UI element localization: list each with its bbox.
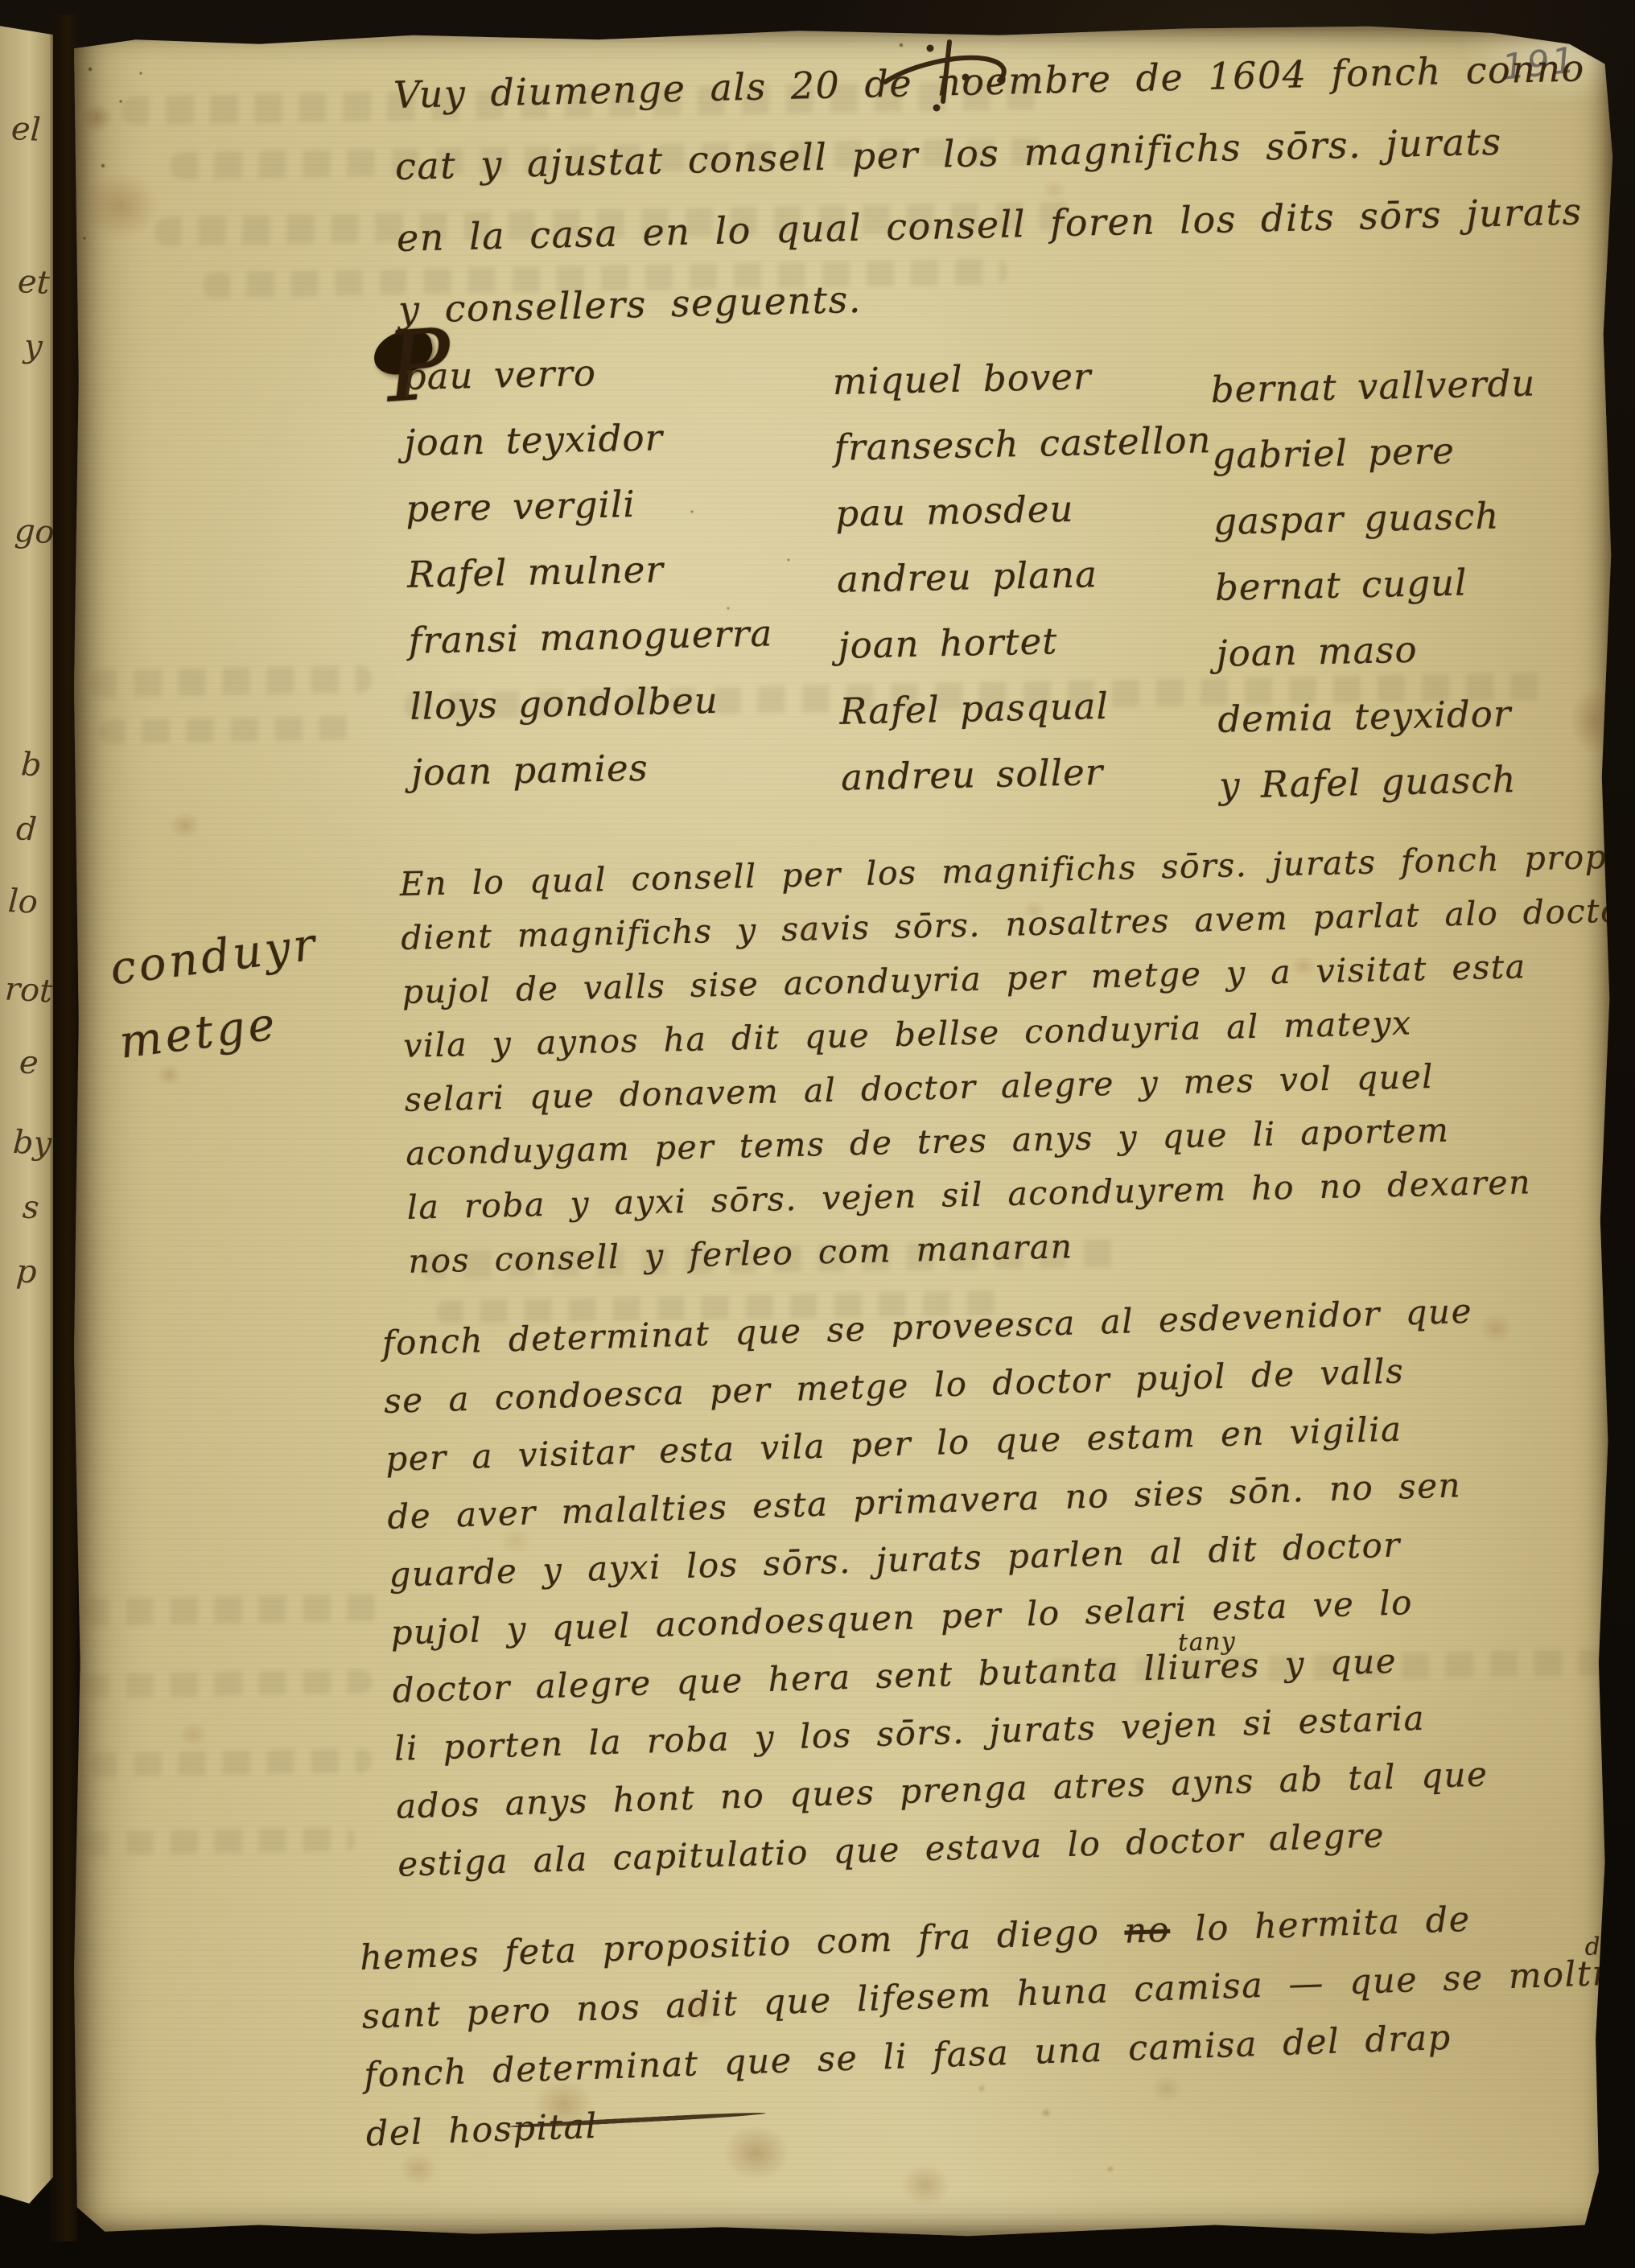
edge-text-fragment: s bbox=[22, 1188, 40, 1226]
attendee-name: gaspar guasch bbox=[1213, 483, 1538, 555]
show-through-text bbox=[82, 1594, 381, 1626]
attendee-name: pere vergili bbox=[405, 468, 770, 541]
show-through-text bbox=[90, 665, 373, 698]
show-through-text bbox=[82, 1827, 356, 1856]
attendee-name: gabriel pere bbox=[1212, 417, 1538, 489]
edge-text-fragment: p bbox=[15, 1253, 38, 1290]
struck-word: no bbox=[1124, 1910, 1171, 1952]
attendees-column-3: bernat vallverdu gabriel pere gaspar gua… bbox=[1210, 351, 1544, 819]
binding-gutter bbox=[50, 14, 77, 2241]
attendee-name: demia teyxidor bbox=[1217, 680, 1543, 752]
show-through-text bbox=[98, 715, 364, 744]
attendee-name: pau mosdeu bbox=[834, 473, 1213, 547]
attendee-name: joan maso bbox=[1216, 614, 1542, 686]
paragraph-proposal: En lo qual consell per los magnifichs sō… bbox=[399, 829, 1635, 1289]
attendee-name: fransi manoguerra bbox=[408, 600, 773, 673]
attendees-column-2: miquel bover fransesch castellon pau mos… bbox=[832, 341, 1219, 811]
attendee-name: Rafel mulner bbox=[406, 534, 772, 607]
attendee-name: bernat vallverdu bbox=[1210, 351, 1536, 423]
interlinear-correction: dita bbox=[1584, 1916, 1635, 1977]
show-through-text bbox=[82, 1669, 372, 1698]
edge-text-fragment: go bbox=[14, 512, 53, 552]
edge-text-fragment: by bbox=[12, 1124, 53, 1163]
attendee-name: bernat cugul bbox=[1214, 548, 1540, 620]
edge-text-fragment: d bbox=[15, 810, 38, 848]
attendee-name: lloys gondolbeu bbox=[410, 666, 775, 739]
attendee-name: andreu plana bbox=[836, 539, 1215, 613]
paragraph-line-text: lo hermita de bbox=[1169, 1900, 1471, 1950]
manuscript-page: 191 Vuy diumenge als 20 de noembre de 16… bbox=[74, 24, 1616, 2238]
attendee-name: fransesch castellon bbox=[834, 407, 1213, 481]
interlinear-correction: tany bbox=[1177, 1613, 1237, 1673]
paragraph-resolution: fonch determinat que se proveesca al esd… bbox=[381, 1282, 1490, 1894]
edge-text-fragment: b bbox=[20, 746, 43, 784]
attendee-name: miquel bover bbox=[832, 341, 1211, 415]
margin-note: conduyr metge bbox=[106, 908, 332, 1080]
previous-page-edge: el et y go b d lo rot e by s p bbox=[0, 19, 53, 2219]
attendee-name: joan hortet bbox=[838, 605, 1217, 679]
edge-text-fragment: rot bbox=[4, 970, 53, 1010]
attendee-name: Rafel pasqual bbox=[839, 671, 1218, 745]
attendee-name: joan pamies bbox=[410, 732, 776, 805]
attendee-name: y Rafel guasch bbox=[1218, 746, 1544, 818]
show-through-text bbox=[90, 1748, 372, 1777]
edge-text-fragment: y bbox=[23, 327, 43, 365]
edge-text-fragment: el bbox=[10, 110, 42, 149]
attendee-name: joan teyxidor bbox=[404, 403, 769, 476]
manuscript-photo: el et y go b d lo rot e by s p 191 bbox=[0, 0, 1635, 2268]
edge-text-fragment: et bbox=[17, 263, 51, 302]
attendee-name: andreu soller bbox=[840, 737, 1219, 811]
attendee-name: pau verro bbox=[402, 337, 768, 410]
heading-paragraph: Vuy diumenge als 20 de noembre de 1604 f… bbox=[393, 32, 1591, 346]
attendees-column-1: pau verro joan teyxidor pere vergili Raf… bbox=[402, 337, 776, 806]
edge-text-fragment: e bbox=[19, 1043, 39, 1081]
edge-text-fragment: lo bbox=[7, 883, 39, 921]
